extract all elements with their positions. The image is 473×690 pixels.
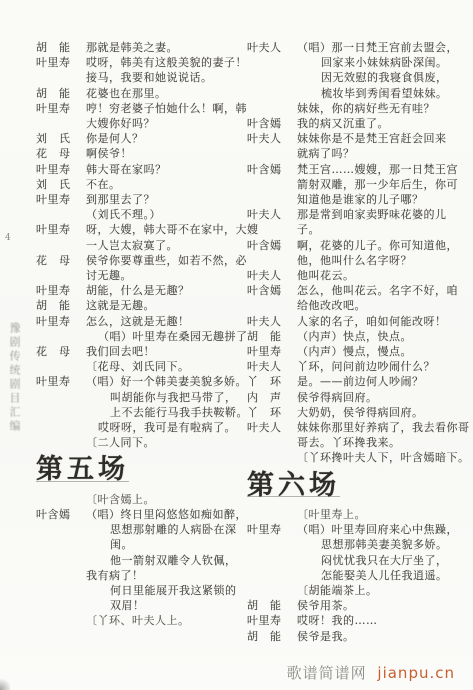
dialogue-line: 上不去能行马我手扶鞍鞒。	[110, 405, 248, 420]
dialogue-line: 思想那射雕的人病卧在深	[110, 522, 247, 537]
dialogue-line: 知道他是谁家的儿子哪？	[297, 192, 461, 207]
dialogue-line: 大奶奶，侯爷得病回府。	[297, 405, 461, 420]
speaker-name: 花 母	[36, 253, 78, 268]
speaker-name: 叶夫人	[247, 131, 289, 146]
dialogue-line: 〔二人同下。	[86, 435, 248, 450]
dialogue-block: 叶夫人那是常到咱家卖野味花婆的儿子。	[247, 207, 461, 237]
book-spine-vertical-text: 豫剧传统剧目汇编	[6, 322, 22, 434]
dialogue-text: 胡能，什么是无趣？	[86, 283, 244, 298]
dialogue-line: 侯爷你要尊重些，如若不然，必	[86, 253, 247, 268]
dialogue-line: 哎呀，韩美有这般美貌的妻子！	[86, 55, 247, 70]
dialogue-text: 妹妹你是不是梵王宫赶会回来就病了吗？	[297, 131, 461, 161]
dialogue-line: 妹妹，你的病好些无有哇？	[297, 101, 461, 116]
dialogue-text: 我的病又沉重了。	[297, 116, 461, 131]
speaker-name: 叶含嫣	[247, 283, 289, 298]
dialogue-block: 叶里寿哼！穷老婆子怕她什么！啊，韩大嫂你好吗？	[36, 101, 244, 131]
dialogue-block: 叶夫人人家的名子，咱如何能改呀！	[247, 314, 461, 329]
dialogue-line: 回家来小妹妹病卧深闺。	[321, 55, 461, 70]
dialogue-text: 侯爷用茶。	[297, 598, 461, 613]
dialogue-line: 怎能娶美人儿任我逍遥。	[321, 568, 461, 583]
dialogue-text: 啊，花婆的儿子。你可知道他，他，他叫什么名字呀？	[297, 238, 461, 268]
dialogue-line: 梳妆毕到秀闺看望妹妹。	[321, 86, 461, 101]
dialogue-text: 侯爷是我。	[297, 629, 461, 644]
dialogue-line: 思想那韩美妻美貌多娇。	[321, 537, 461, 552]
speaker-name: 叶含嫣	[36, 507, 78, 522]
dialogue-block: 叶里寿哎呀！我的……	[247, 613, 461, 628]
dialogue-line: 侯爷用茶。	[297, 598, 461, 613]
speaker-name: 叶夫人	[247, 359, 289, 374]
dialogue-text: （唱）终日里闷悠悠如痴如醉，思想那射雕的人病卧在深闺。他一箭射双雕令人钦佩，我有…	[86, 507, 247, 613]
dialogue-text: 侯爷得病回府。	[297, 390, 461, 405]
dialogue-line: 哎呀呀，我可是有啦病了。	[98, 420, 248, 435]
dialogue-block: 叶含嫣怎么，他叫花云。名字不好，咱给他改改吧。	[247, 283, 461, 313]
scene-heading-text: 第五场	[36, 462, 129, 481]
dialogue-line: 啊，花婆的儿子。你可知道他，	[297, 238, 461, 253]
dialogue-block: 胡 能（内声）快点，快点。	[247, 329, 461, 344]
dialogue-block: 刘 氏不在。	[36, 177, 244, 192]
dialogue-line: 侯爷是我。	[297, 629, 461, 644]
dialogue-line: （唱）叶里寿回府来心中焦躁，	[297, 522, 461, 537]
dialogue-line: （内声）慢点，慢点。	[297, 344, 461, 359]
dialogue-block: 花 母侯爷你要尊重些，如若不然，必讨无趣。	[36, 253, 244, 283]
dialogue-block: 内 声侯爷得病回府。	[247, 390, 461, 405]
dialogue-text: 哎呀，韩美有这般美貌的妻子！接马，我要和她说说话。	[86, 55, 247, 85]
scene-heading-text: 第六场	[247, 478, 340, 497]
speaker-name: 胡 能	[247, 329, 289, 344]
dialogue-line: 他叫花云。	[297, 268, 461, 283]
speaker-name: 叶里寿	[36, 283, 78, 298]
dialogue-block: 刘 氏你是何人？	[36, 131, 244, 146]
dialogue-line: （唱）叶里寿在桑园无趣拼了	[98, 329, 248, 344]
dialogue-block: 胡 能侯爷是我。	[247, 629, 461, 644]
speaker-name: 叶里寿	[36, 162, 78, 177]
dialogue-line: 大嫂你好吗？	[86, 116, 247, 131]
dialogue-line: 啊侯爷！	[86, 146, 244, 161]
scene-heading: 第六场	[247, 478, 461, 498]
dialogue-text: 啊侯爷！	[86, 146, 244, 161]
dialogue-text: （内声）慢点，慢点。	[297, 344, 461, 359]
dialogue-line: 叫胡能你与我把马带了，	[110, 390, 248, 405]
dialogue-line: 〔胡能端茶上。	[297, 583, 461, 598]
dialogue-block: 叶含嫣啊，花婆的儿子。你可知道他，他，他叫什么名字呀？	[247, 238, 461, 268]
dialogue-line: 闷忧忧我只在大厅坐了，	[321, 553, 461, 568]
dialogue-text: 你是何人？	[86, 131, 244, 146]
dialogue-line: （刘氏不理。）	[86, 207, 244, 222]
dialogue-line: 一人岂太寂寞了。	[86, 238, 259, 253]
dialogue-line: 双眉！	[110, 598, 247, 613]
dialogue-line: 〔丫环、叶夫人上。	[86, 613, 244, 628]
speaker-name: 叶含嫣	[247, 162, 289, 177]
stage-direction-block: 〔丫环、叶夫人上。	[36, 613, 244, 628]
dialogue-line: 接马，我要和她说说话。	[86, 70, 247, 85]
page-number: 4	[5, 233, 11, 243]
dialogue-line: 怎么，这就是无趣！	[86, 314, 248, 329]
dialogue-text: 〔丫环、叶夫人上。	[86, 613, 244, 628]
dialogue-line: 哎呀！我的……	[297, 613, 461, 628]
dialogue-text: 他叫花云。	[297, 268, 461, 283]
dialogue-line: （唱）终日里闷悠悠如痴如醉，	[86, 507, 247, 522]
speaker-name: 胡 能	[36, 40, 78, 55]
dialogue-text: （内声）快点，快点。	[297, 329, 461, 344]
dialogue-text: 花婆也在那里。	[86, 86, 244, 101]
dialogue-text: 到那里去了？（刘氏不理。）	[86, 192, 244, 222]
dialogue-line: 韩大哥在家吗？	[86, 162, 244, 177]
dialogue-text: 那是常到咱家卖野味花婆的儿子。	[297, 207, 461, 237]
dialogue-line: 妹妹你那里好养病了，我去看你哥	[297, 420, 470, 435]
dialogue-block: 胡 能那就是韩美之妻。	[36, 40, 244, 55]
dialogue-line: 花婆也在那里。	[86, 86, 244, 101]
dialogue-block: 叶含嫣（唱）终日里闷悠悠如痴如醉，思想那射雕的人病卧在深闺。他一箭射双雕令人钦佩…	[36, 507, 244, 613]
dialogue-text: 妹妹你那里好养病了，我去看你哥哥去。丫环搀我来。〔丫环搀叶夫人下，叶含嫣暗下。	[297, 420, 470, 466]
stage-direction-block: 〔叶里寿上。	[247, 507, 461, 522]
dialogue-text: 不在。	[86, 177, 244, 192]
dialogue-block: 叶里寿（内声）慢点，慢点。	[247, 344, 461, 359]
dialogue-line: 是。——前边何人吵闹？	[297, 374, 461, 389]
dialogue-text: 是。——前边何人吵闹？	[297, 374, 461, 389]
dialogue-block: 叶里寿哎呀，韩美有这般美貌的妻子！接马，我要和她说说话。	[36, 55, 244, 85]
dialogue-block: 叶里寿呀，大嫂，韩大哥不在家中，大嫂一人岂太寂寞了。	[36, 222, 244, 252]
dialogue-line: 到那里去了？	[86, 192, 244, 207]
footer-site-name: 歌谱简谱网	[287, 664, 367, 682]
speaker-name: 胡 能	[247, 629, 289, 644]
dialogue-line: 讨无趣。	[86, 268, 247, 283]
dialogue-text: 怎么，他叫花云。名字不好，咱给他改改吧。	[297, 283, 461, 313]
dialogue-block: 叶里寿胡能，什么是无趣？	[36, 283, 244, 298]
dialogue-block: 叶夫人妹妹你是不是梵王宫赶会回来就病了吗？	[247, 131, 461, 161]
speaker-name: 叶里寿	[36, 101, 78, 116]
dialogue-text: 哎呀！我的……	[297, 613, 461, 628]
dialogue-line: 怎么，他叫花云。名字不好，咱	[297, 283, 461, 298]
dialogue-line: 〔花母、刘氏同下。	[86, 359, 244, 374]
scene-heading: 第五场	[36, 462, 244, 482]
dialogue-line: 子。	[297, 222, 461, 237]
footer-site-link[interactable]: jianpu.cn	[377, 664, 455, 682]
dialogue-line: 不在。	[86, 177, 244, 192]
speaker-name: 叶里寿	[36, 314, 78, 329]
speaker-name: 刘 氏	[36, 131, 78, 146]
dialogue-line: 那是常到咱家卖野味花婆的儿	[297, 207, 461, 222]
dialogue-line: 侯爷得病回府。	[297, 390, 461, 405]
speaker-name: 刘 氏	[36, 177, 78, 192]
dialogue-line: 梵王宫……嫂嫂，那一日梵王宫	[297, 162, 461, 177]
scanned-script-page: 豫剧传统剧目汇编 4 胡 能那就是韩美之妻。叶里寿哎呀，韩美有这般美貌的妻子！接…	[0, 0, 473, 690]
dialogue-block: 胡 能这就是无趣。	[36, 298, 244, 313]
dialogue-line: 呀，大嫂，韩大哥不在家中，大嫂	[86, 222, 259, 237]
dialogue-line: 你是何人？	[86, 131, 244, 146]
speaker-name: 叶夫人	[247, 268, 289, 283]
dialogue-line: 给他改改吧。	[297, 298, 461, 313]
speaker-name: 花 母	[36, 344, 78, 359]
speaker-name: 丫 环	[247, 405, 289, 420]
speaker-name: 叶里寿	[36, 222, 78, 237]
dialogue-line: 何日里能展开我这紧锁的	[110, 583, 247, 598]
dialogue-line: 丫环，问问前边吵闹什么？	[297, 359, 461, 374]
speaker-name: 叶夫人	[247, 420, 289, 435]
dialogue-block: 丫 环是。——前边何人吵闹？	[247, 374, 461, 389]
speaker-name: 叶里寿	[36, 192, 78, 207]
speaker-name: 胡 能	[36, 298, 78, 313]
footer: 歌谱简谱网 jianpu.cn	[287, 662, 455, 683]
dialogue-line: 他一箭射双雕令人钦佩，	[110, 553, 247, 568]
dialogue-text: 〔叶里寿上。	[297, 507, 461, 522]
dialogue-text: 我们回去吧！〔花母、刘氏同下。	[86, 344, 244, 374]
dialogue-block: 叶夫人（唱）那一日梵王宫前去盟会，回家来小妹妹病卧深闺。因无效慰的我寝食俱废，梳…	[247, 40, 461, 116]
speaker-name: 花 母	[36, 146, 78, 161]
speaker-name: 叶里寿	[247, 344, 289, 359]
dialogue-text: 韩大哥在家吗？	[86, 162, 244, 177]
speaker-name: 丫 环	[247, 374, 289, 389]
dialogue-line: （唱）那一日梵王宫前去盟会，	[297, 40, 461, 55]
dialogue-line: 我们回去吧！	[86, 344, 244, 359]
speaker-name: 叶含嫣	[247, 116, 289, 131]
dialogue-line: （唱）好一个韩美妻美貌多娇。	[86, 374, 248, 389]
dialogue-line: 就病了吗？	[297, 146, 461, 161]
speaker-name: 叶含嫣	[247, 238, 289, 253]
dialogue-line: 〔叶含嫣上。	[86, 492, 244, 507]
dialogue-block: 叶里寿（唱）叶里寿回府来心中焦躁，思想那韩美妻美貌多娇。闷忧忧我只在大厅坐了，怎…	[247, 522, 461, 598]
dialogue-text: 呀，大嫂，韩大哥不在家中，大嫂一人岂太寂寞了。	[86, 222, 259, 252]
dialogue-line: 胡能，什么是无趣？	[86, 283, 244, 298]
dialogue-block: 叶里寿韩大哥在家吗？	[36, 162, 244, 177]
dialogue-text: （唱）那一日梵王宫前去盟会，回家来小妹妹病卧深闺。因无效慰的我寝食俱废，梳妆毕到…	[297, 40, 461, 116]
dialogue-line: 妹妹你是不是梵王宫赶会回来	[297, 131, 461, 146]
dialogue-line: 〔丫环搀叶夫人下，叶含嫣暗下。	[297, 450, 470, 465]
stage-direction-block: 〔叶含嫣上。	[36, 492, 244, 507]
dialogue-text: 丫环，问问前边吵闹什么？	[297, 359, 461, 374]
dialogue-line: 因无效慰的我寝食俱废，	[321, 70, 461, 85]
dialogue-line: 我有病了！	[86, 568, 247, 583]
dialogue-block: 胡 能花婆也在那里。	[36, 86, 244, 101]
script-column-left: 胡 能那就是韩美之妻。叶里寿哎呀，韩美有这般美貌的妻子！接马，我要和她说说话。胡…	[36, 40, 244, 629]
dialogue-text: 大奶奶，侯爷得病回府。	[297, 405, 461, 420]
dialogue-block: 叶里寿怎么，这就是无趣！（唱）叶里寿在桑园无趣拼了	[36, 314, 244, 344]
dialogue-block: 胡 能侯爷用茶。	[247, 598, 461, 613]
speaker-name: 叶夫人	[247, 40, 289, 55]
dialogue-block: 叶含嫣梵王宫……嫂嫂，那一日梵王宫箭射双雕，那一少年后生，你可知道他是谁家的儿子…	[247, 162, 461, 208]
dialogue-text: 人家的名子，咱如何能改呀！	[297, 314, 461, 329]
dialogue-text: 侯爷你要尊重些，如若不然，必讨无趣。	[86, 253, 247, 283]
dialogue-block: 叶里寿（唱）好一个韩美妻美貌多娇。叫胡能你与我把马带了，上不去能行马我手扶鞍鞒。…	[36, 374, 244, 450]
dialogue-line: 哼！穷老婆子怕她什么！啊，韩	[86, 101, 247, 116]
dialogue-block: 叶夫人丫环，问问前边吵闹什么？	[247, 359, 461, 374]
dialogue-line: 〔叶里寿上。	[297, 507, 461, 522]
speaker-name: 叶里寿	[36, 374, 78, 389]
dialogue-text: （唱）叶里寿回府来心中焦躁，思想那韩美妻美貌多娇。闷忧忧我只在大厅坐了，怎能娶美…	[297, 522, 461, 598]
dialogue-line: 那就是韩美之妻。	[86, 40, 244, 55]
speaker-name: 内 声	[247, 390, 289, 405]
dialogue-line: （内声）快点，快点。	[297, 329, 461, 344]
dialogue-text: 怎么，这就是无趣！（唱）叶里寿在桑园无趣拼了	[86, 314, 248, 344]
speaker-name: 胡 能	[36, 86, 78, 101]
dialogue-block: 叶含嫣我的病又沉重了。	[247, 116, 461, 131]
speaker-name: 叶夫人	[247, 207, 289, 222]
speaker-name: 叶里寿	[247, 613, 289, 628]
dialogue-text: 梵王宫……嫂嫂，那一日梵王宫箭射双雕，那一少年后生，你可知道他是谁家的儿子哪？	[297, 162, 461, 208]
dialogue-block: 花 母啊侯爷！	[36, 146, 244, 161]
dialogue-text: 〔叶含嫣上。	[86, 492, 244, 507]
dialogue-text: 那就是韩美之妻。	[86, 40, 244, 55]
speaker-name: 胡 能	[247, 598, 289, 613]
dialogue-block: 叶夫人妹妹你那里好养病了，我去看你哥哥去。丫环搀我来。〔丫环搀叶夫人下，叶含嫣暗…	[247, 420, 461, 466]
dialogue-text: 哼！穷老婆子怕她什么！啊，韩大嫂你好吗？	[86, 101, 247, 131]
dialogue-line: 闺。	[110, 537, 247, 552]
dialogue-text: （唱）好一个韩美妻美貌多娇。叫胡能你与我把马带了，上不去能行马我手扶鞍鞒。哎呀呀…	[86, 374, 248, 450]
dialogue-block: 叶夫人他叫花云。	[247, 268, 461, 283]
dialogue-block: 丫 环大奶奶，侯爷得病回府。	[247, 405, 461, 420]
dialogue-line: 他，他叫什么名字呀？	[297, 253, 461, 268]
dialogue-text: 这就是无趣。	[86, 298, 244, 313]
dialogue-line: 这就是无趣。	[86, 298, 244, 313]
dialogue-line: 箭射双雕，那一少年后生，你可	[297, 177, 461, 192]
dialogue-line: 我的病又沉重了。	[297, 116, 461, 131]
speaker-name: 叶夫人	[247, 314, 289, 329]
dialogue-block: 花 母我们回去吧！〔花母、刘氏同下。	[36, 344, 244, 374]
speaker-name: 叶里寿	[247, 522, 289, 537]
dialogue-block: 叶里寿到那里去了？（刘氏不理。）	[36, 192, 244, 222]
speaker-name: 叶里寿	[36, 55, 78, 70]
dialogue-line: 人家的名子，咱如何能改呀！	[297, 314, 461, 329]
dialogue-line: 哥去。丫环搀我来。	[297, 435, 470, 450]
script-column-right: 叶夫人（唱）那一日梵王宫前去盟会，回家来小妹妹病卧深闺。因无效慰的我寝食俱废，梳…	[247, 40, 461, 644]
